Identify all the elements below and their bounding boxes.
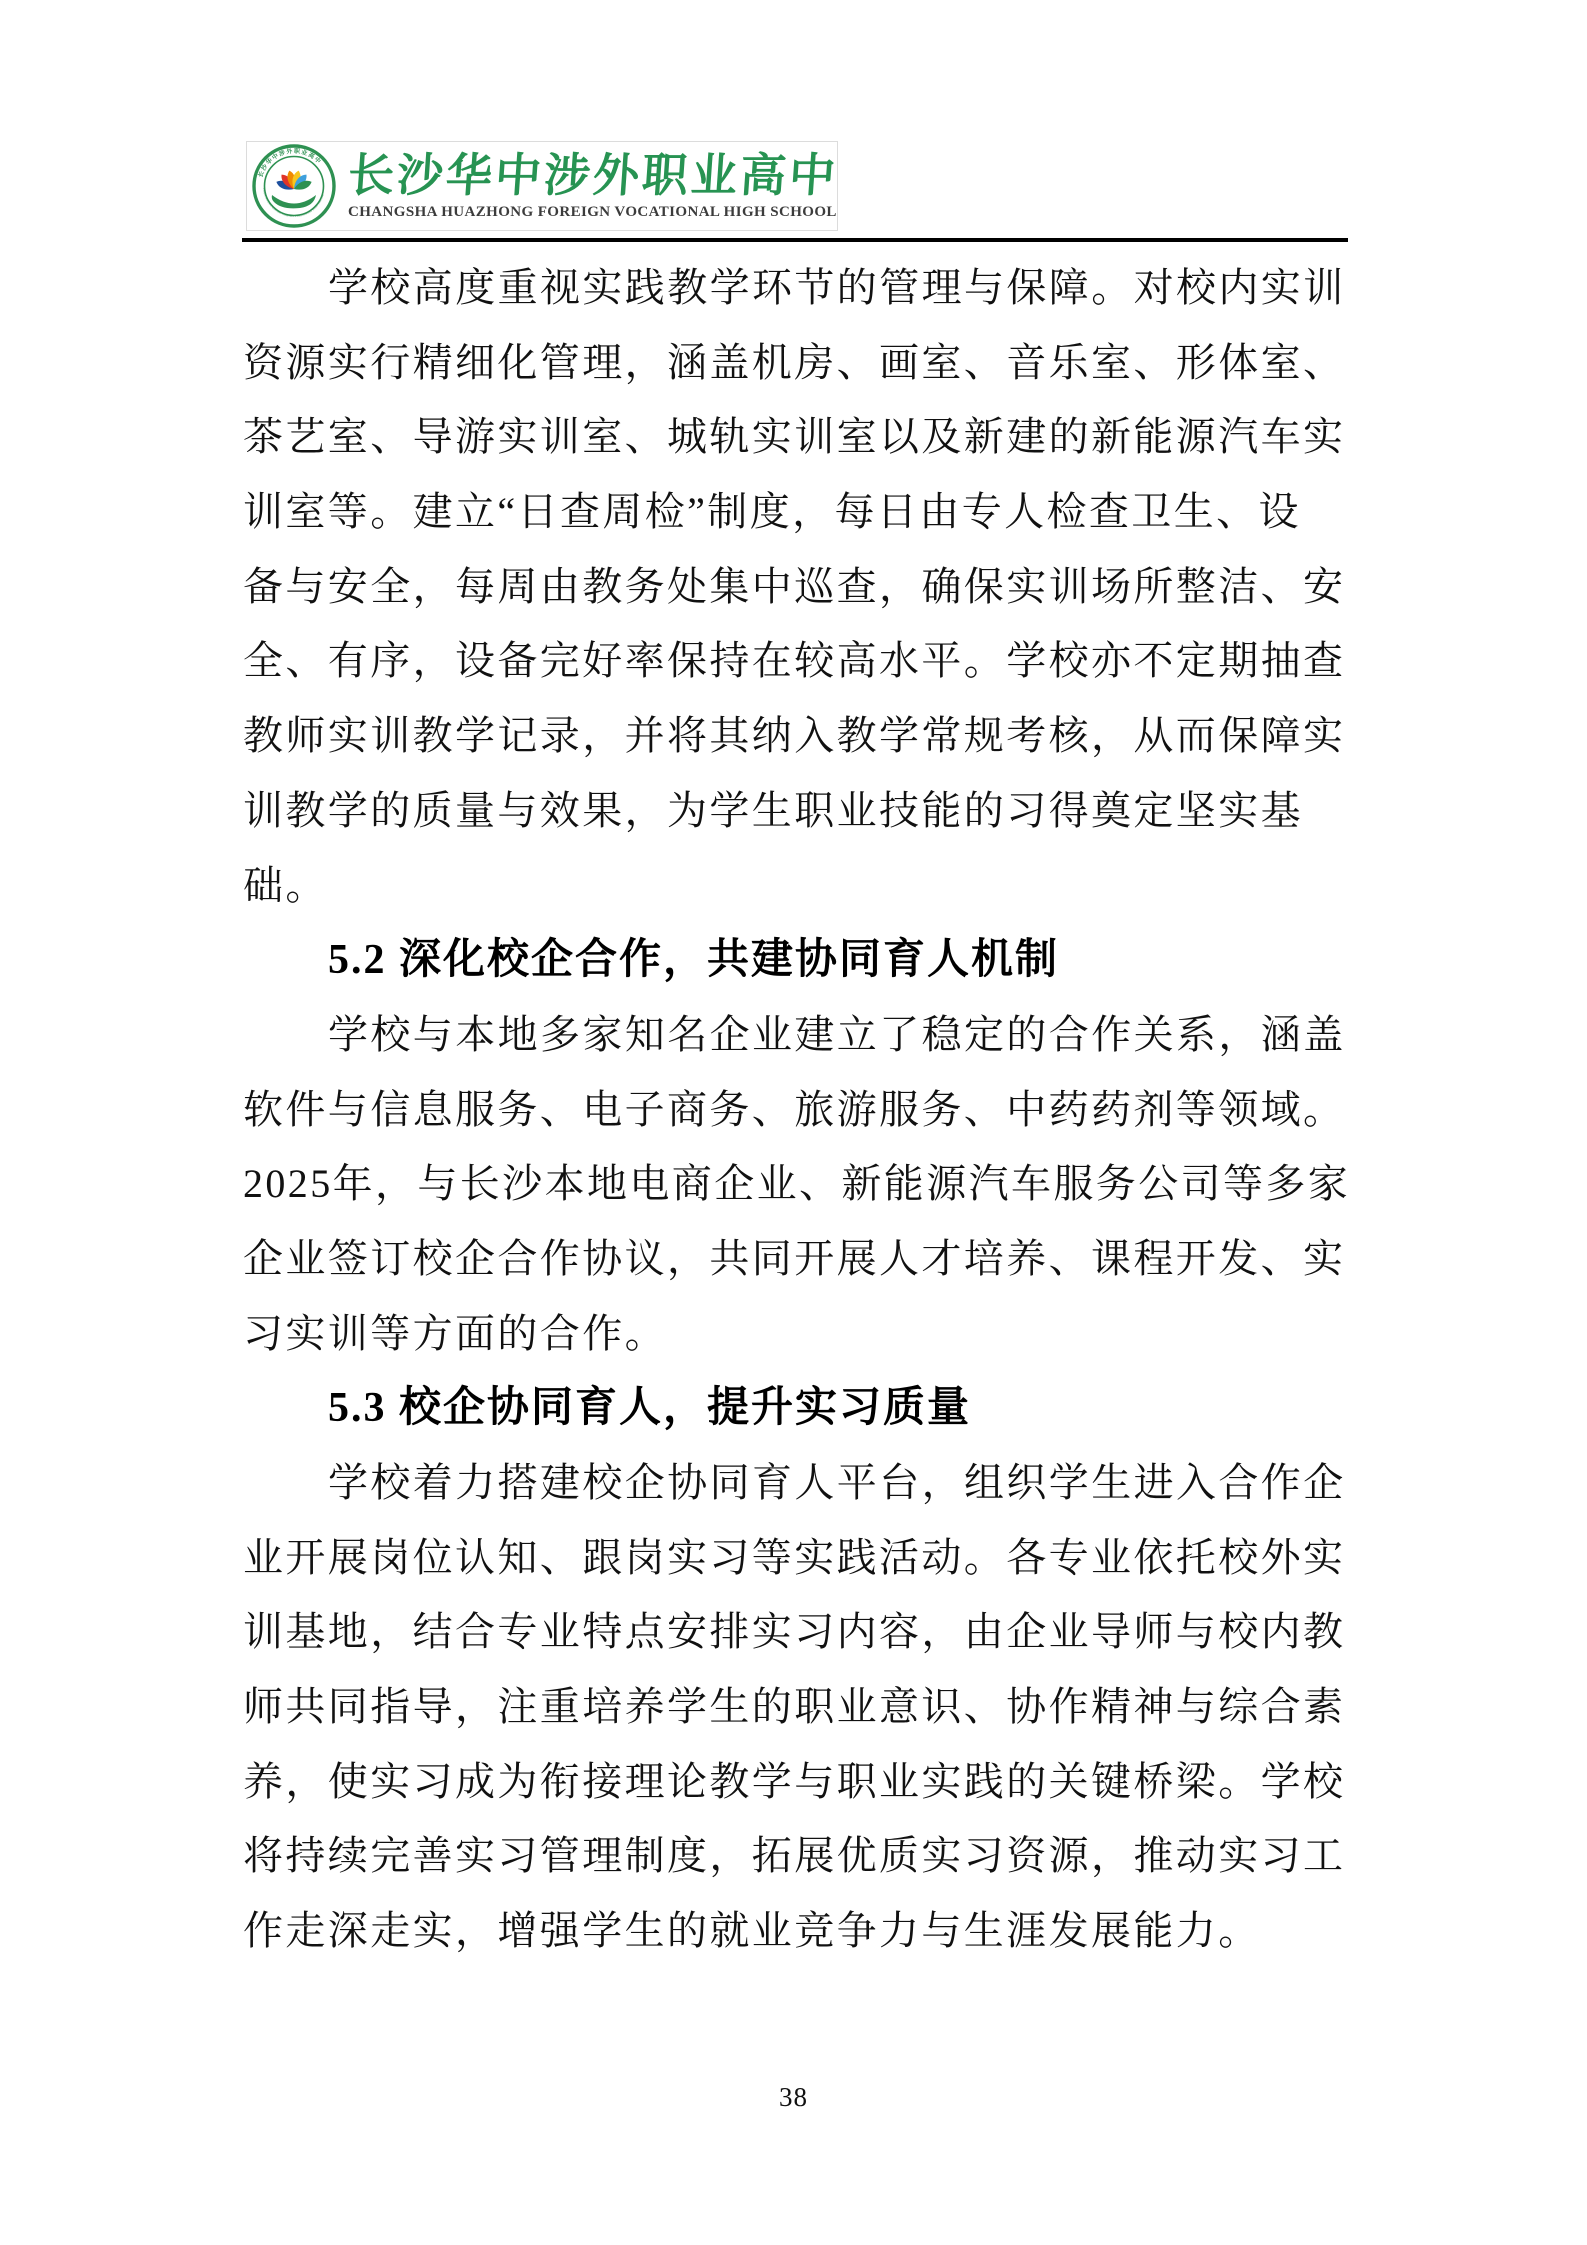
- text-line: 业开展岗位认知、跟岗实习等实践活动。各专业依托校外实: [243, 1521, 1349, 1596]
- document-body: 学校高度重视实践教学环节的管理与保障。对校内实训资源实行精细化管理，涵盖机房、画…: [243, 251, 1349, 1969]
- text-line: 师共同指导，注重培养学生的职业意识、协作精神与综合素: [243, 1670, 1349, 1745]
- page-number: 38: [0, 2082, 1587, 2113]
- text-line: 训教学的质量与效果，为学生职业技能的习得奠定坚实基: [243, 774, 1349, 849]
- header-logo: 长沙华中涉外职业高中 CHANGSHA HUAZHONG FOREIGN VOC…: [246, 141, 838, 231]
- logo-text: 长沙华中涉外职业高中 CHANGSHA HUAZHONG FOREIGN VOC…: [348, 151, 837, 221]
- text-line: 备与安全，每周由教务处集中巡查，确保实训场所整洁、安: [243, 550, 1349, 625]
- text-line: 全、有序，设备完好率保持在较高水平。学校亦不定期抽查: [243, 624, 1349, 699]
- text-line: 学校着力搭建校企协同育人平台，组织学生进入合作企: [243, 1446, 1349, 1521]
- school-name-en: CHANGSHA HUAZHONG FOREIGN VOCATIONAL HIG…: [348, 203, 837, 221]
- text-line: 养，使实习成为衔接理论教学与职业实践的关键桥梁。学校: [243, 1745, 1349, 1820]
- text-line: 将持续完善实习管理制度，拓展优质实习资源，推动实习工: [243, 1819, 1349, 1894]
- header-rule: [242, 238, 1348, 242]
- text-line: 学校高度重视实践教学环节的管理与保障。对校内实训: [243, 251, 1349, 326]
- section-heading: 5.2 深化校企合作，共建协同育人机制: [243, 923, 1349, 998]
- text-line: 资源实行精细化管理，涵盖机房、画室、音乐室、形体室、: [243, 326, 1349, 401]
- text-line: 作走深走实，增强学生的就业竞争力与生涯发展能力。: [243, 1894, 1349, 1969]
- text-line: 茶艺室、导游实训室、城轨实训室以及新建的新能源汽车实: [243, 400, 1349, 475]
- school-name-zh: 长沙华中涉外职业高中: [346, 151, 838, 201]
- text-line: 企业签订校企合作协议，共同开展人才培养、课程开发、实: [243, 1222, 1349, 1297]
- text-line: 习实训等方面的合作。: [243, 1297, 1349, 1372]
- section-heading: 5.3 校企协同育人，提升实习质量: [243, 1371, 1349, 1446]
- page: 长沙华中涉外职业高中 CHANGSHA HUAZHONG FOREIGN VOC…: [0, 0, 1587, 2245]
- school-emblem-icon: 长沙华中涉外职业高中 CHANGSHA HUAZHONG FOREIGN VOC…: [252, 144, 336, 228]
- text-line: 2025年，与长沙本地电商企业、新能源汽车服务公司等多家: [243, 1147, 1349, 1222]
- text-line: 软件与信息服务、电子商务、旅游服务、中药药剂等领域。: [243, 1073, 1349, 1148]
- text-line: 学校与本地多家知名企业建立了稳定的合作关系，涵盖: [243, 998, 1349, 1073]
- text-line: 训基地，结合专业特点安排实习内容，由企业导师与校内教: [243, 1595, 1349, 1670]
- text-line: 础。: [243, 849, 1349, 924]
- text-line: 训室等。建立“日查周检”制度，每日由专人检查卫生、设: [243, 475, 1349, 550]
- text-line: 教师实训教学记录，并将其纳入教学常规考核，从而保障实: [243, 699, 1349, 774]
